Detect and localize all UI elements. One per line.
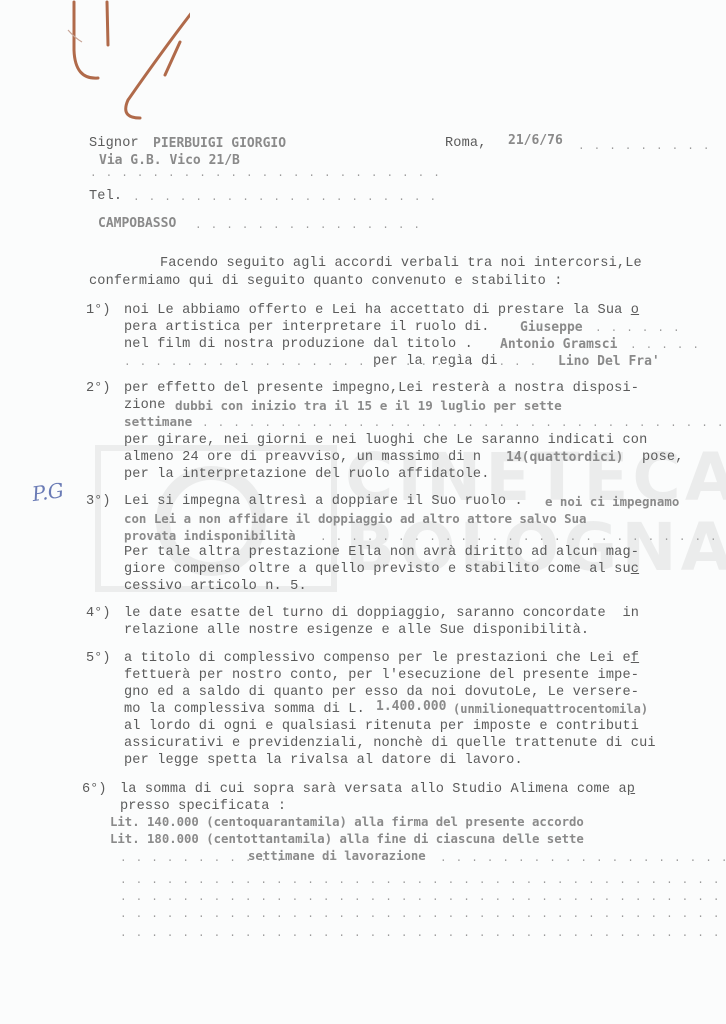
availability-period-cont: settimane bbox=[124, 414, 192, 429]
clause-2-number: 2°) bbox=[86, 381, 110, 396]
clause-5-line-1: a titolo di complessivo compenso per le … bbox=[124, 651, 639, 666]
place-label: Roma, bbox=[445, 136, 487, 151]
clause-2-dotted-line: . . . . . . . . . . . . . . . . . . . . … bbox=[202, 418, 726, 430]
clause-3-line-4: Per tale altra prestazione Ella non avrà… bbox=[124, 545, 639, 560]
dubbing-commitment: e noi ci impegnamo bbox=[545, 494, 679, 509]
handwritten-mark-icon bbox=[30, 0, 190, 125]
dubbing-commitment-cont: con Lei a non affidare il doppiaggio ad … bbox=[124, 511, 587, 526]
film-title: Antonio Gramsci bbox=[500, 337, 617, 352]
clause-2-line-2: zione bbox=[124, 398, 166, 413]
film-dotted-line: . . . . . bbox=[630, 340, 700, 352]
blank-dotted-line-1: . . . . . . . . . . . . . . . . . . . . … bbox=[120, 875, 726, 887]
clause-3-number: 3°) bbox=[86, 494, 110, 509]
clause-1-line-2: pera artistica per interpretare il ruolo… bbox=[124, 320, 490, 335]
clause-2-line-5b: pose, bbox=[642, 450, 684, 465]
clause-5-line-3: gno ed a saldo di quanto per esso da noi… bbox=[124, 685, 639, 700]
blank-dotted-line-4: . . . . . . . . . . . . . . . . . . . . … bbox=[120, 928, 726, 940]
dubbing-commitment-end: provata indisponibilità bbox=[124, 528, 296, 543]
clause-6-line-2: presso specificata : bbox=[120, 799, 286, 814]
tel-label: Tel. bbox=[89, 189, 122, 204]
role-name: Giuseppe bbox=[520, 320, 583, 335]
payment-2: Lit. 180.000 (centottantamila) alla fine… bbox=[110, 832, 584, 846]
address-dotted-line: . . . . . . . . . . . . . . . . . . . . … bbox=[90, 168, 441, 180]
recipient-city: CAMPOBASSO bbox=[98, 216, 176, 231]
clause-4-line-2: relazione alle nostre esigenze e alle Su… bbox=[124, 623, 589, 638]
clause-3-line-6: cessivo articolo n. 5. bbox=[124, 579, 307, 594]
date-dotted-line: . . . . . . . . . bbox=[578, 141, 711, 153]
clause-2-line-5: almeno 24 ore di preavviso, un massimo d… bbox=[124, 450, 490, 465]
availability-period: dubbi con inizio tra il 15 e il 19 lugli… bbox=[175, 398, 562, 413]
blank-dotted-line-3: . . . . . . . . . . . . . . . . . . . . … bbox=[120, 909, 726, 921]
clause-3-line-5: giore compenso oltre a quello previsto e… bbox=[124, 562, 639, 577]
salutation: Signor bbox=[89, 136, 139, 151]
payment-dotted-line-right: . . . . . . . . . . . . . . . . . . . . … bbox=[440, 853, 726, 865]
clause-6-number: 6°) bbox=[82, 782, 106, 797]
clause-1-line-4: per la regìa di bbox=[373, 354, 506, 369]
payment-2-cont: settimane di lavorazione bbox=[248, 849, 426, 863]
clause-5-line-4: mo la complessiva somma di L. bbox=[124, 702, 365, 717]
recipient-name: PIERBUIGI GIORGIO bbox=[153, 136, 286, 151]
clause-5-line-7: per legge spetta la rivalsa al datore di… bbox=[124, 753, 523, 768]
total-amount-words: (unmilionequattrocentomila) bbox=[453, 702, 648, 716]
total-amount: 1.400.000 bbox=[376, 699, 446, 714]
recipient-address: Via G.B. Vico 21/B bbox=[99, 153, 240, 168]
director-name: Lino Del Fra' bbox=[558, 354, 660, 369]
tel-dotted-line: . . . . . . . . . . . . . . . . . . . . bbox=[133, 192, 437, 204]
clause-1-number: 1°) bbox=[86, 303, 110, 318]
city-dotted-line: . . . . . . . . . . . . . . . bbox=[195, 220, 421, 232]
clause-1-line-1: noi Le abbiamo offerto e Lei ha accettat… bbox=[124, 303, 639, 318]
clause-2-line-4: per girare, nei giorni e nei luoghi che … bbox=[124, 433, 647, 448]
clause-2-line-1: per effetto del presente impegno,Lei res… bbox=[124, 381, 639, 396]
clause-5-number: 5°) bbox=[86, 651, 110, 666]
clause-1-line-3: nel film di nostra produzione dal titolo… bbox=[124, 337, 473, 352]
margin-initials: P.G bbox=[30, 478, 65, 506]
clause-4-number: 4°) bbox=[86, 606, 110, 621]
clause-4-line-1: le date esatte del turno di doppiaggio, … bbox=[124, 606, 639, 621]
clause-5-line-2: fettuerà per nostro conto, per l'esecuzi… bbox=[124, 668, 639, 683]
clause-6-line-1: la somma di cui sopra sarà versata allo … bbox=[120, 782, 635, 797]
role-dotted-line: . . . . . . bbox=[595, 323, 681, 335]
clause-5-line-5: al lordo di ogni e qualsiasi ritenuta pe… bbox=[124, 719, 639, 734]
intro-line-2: confermiamo qui di seguito quanto conven… bbox=[89, 274, 563, 289]
intro-line-1: Facendo seguito agli accordi verbali tra… bbox=[160, 256, 642, 271]
letter-date: 21/6/76 bbox=[508, 133, 563, 148]
clause-3-line-1: Lei si impegna altresì a doppiare il Suo… bbox=[124, 494, 523, 509]
clause-5-line-6: assicurativi e previdenziali, nonchè di … bbox=[124, 736, 656, 751]
blank-dotted-line-2: . . . . . . . . . . . . . . . . . . . . … bbox=[120, 892, 726, 904]
clause-2-line-6: per la interpretazione del ruolo affidat… bbox=[124, 467, 490, 482]
clause-3-dotted-line: . . . . . . . . . . . . . . . . . . . . … bbox=[320, 532, 726, 544]
number-of-sessions: 14(quattordici) bbox=[506, 450, 623, 465]
payment-1: Lit. 140.000 (centoquarantamila) alla fi… bbox=[110, 815, 584, 829]
